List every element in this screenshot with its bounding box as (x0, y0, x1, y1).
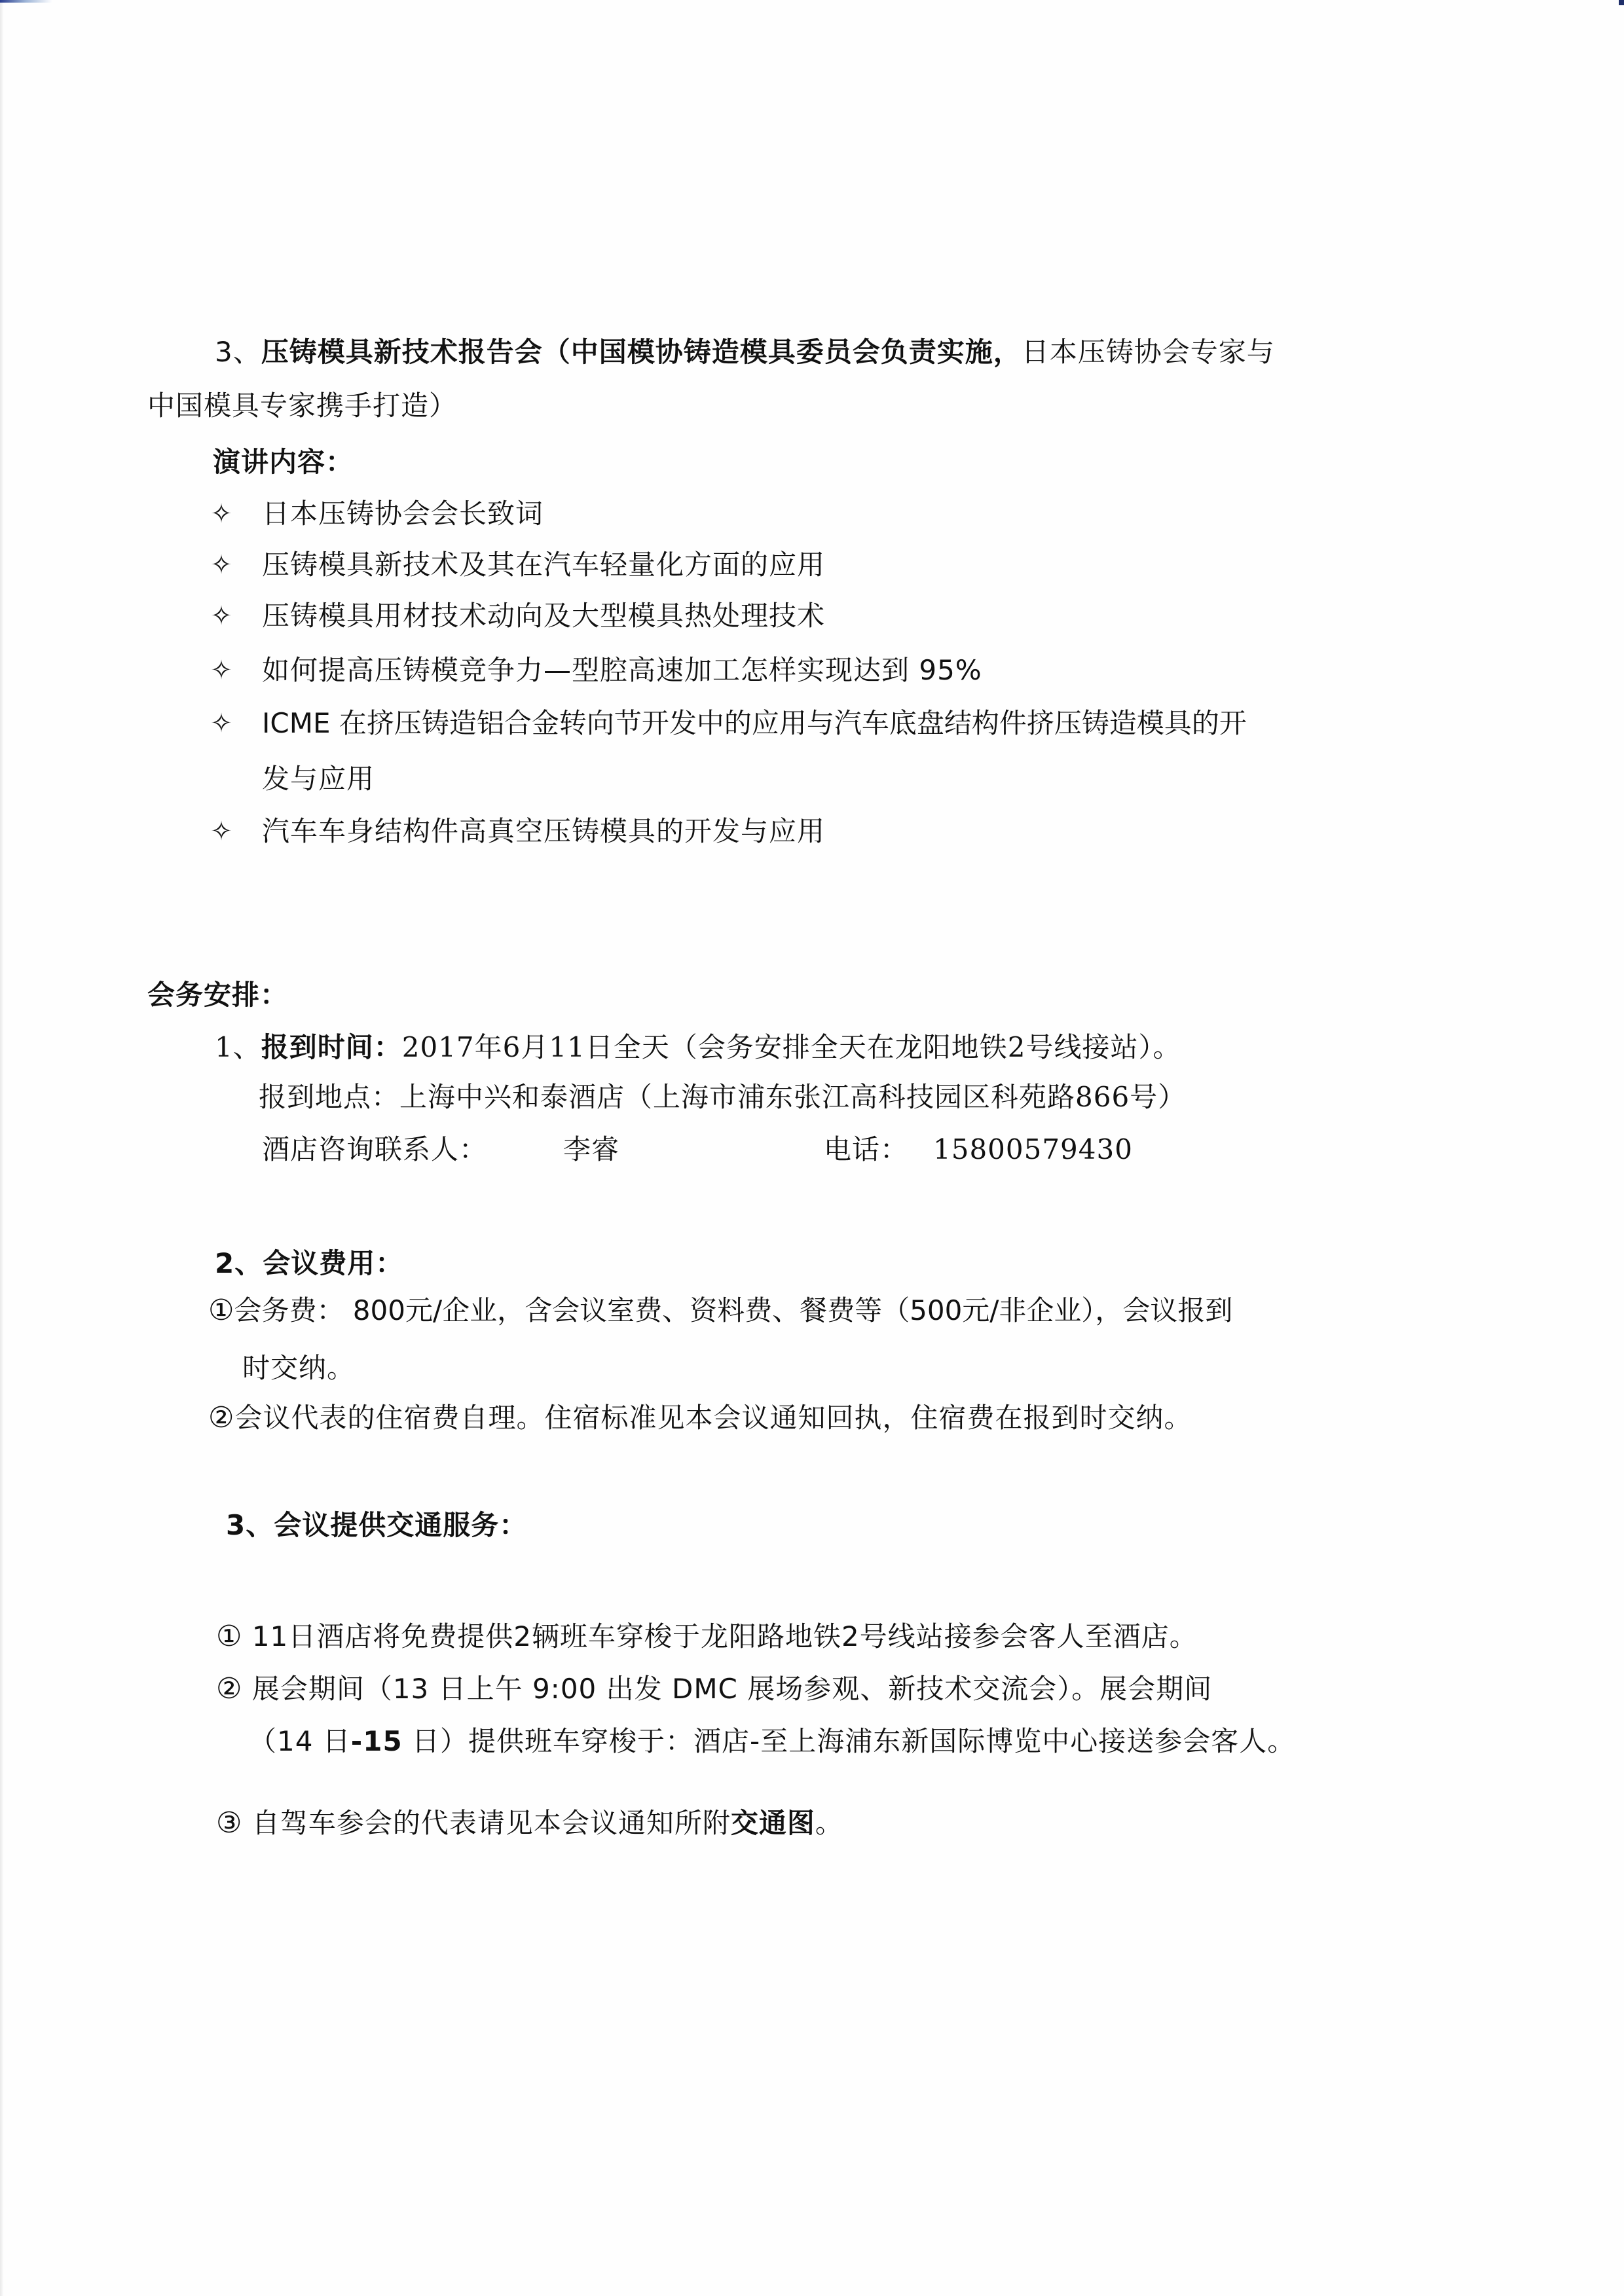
section-heading-line2: 中国模具专家携手打造） (147, 388, 457, 424)
list-item-continuation: 发与应用 (262, 761, 375, 797)
registration-place-label: 报到地点： (259, 1081, 399, 1113)
circled-number-2-icon: ② (216, 1672, 242, 1705)
list-item-text: 压铸模具新技术及其在汽车轻量化方面的应用 (262, 547, 825, 583)
phone-number: 15800579430 (933, 1131, 1133, 1168)
transport-item-3-text: 自驾车参会的代表请见本会议通知所附 (252, 1807, 731, 1839)
section-title: 压铸模具新技术报告会（ (261, 336, 571, 368)
diamond-bullet-icon: ✧ (208, 652, 234, 689)
contact-label: 酒店咨询联系人： (262, 1131, 487, 1168)
transport-item-2-text: 展会期间（13 日上午 9:00 出发 DMC 展场参观、新技术交流会）。展会期… (252, 1673, 1212, 1705)
section-heading: 3、压铸模具新技术报告会（中国模协铸造模具委员会负责实施，日本压铸协会专家与 (215, 334, 1275, 371)
diamond-bullet-icon: ✧ (208, 813, 234, 850)
list-item-text: 压铸模具用材技术动向及大型模具热处理技术 (262, 598, 825, 634)
fee-item-1-text: 会务费： 800元/企业，含会议室费、资料费、餐费等（500元/非企业），会议报… (234, 1294, 1232, 1326)
fees-heading: 2、会议费用： (215, 1245, 403, 1282)
transport-item-1: ① 11日酒店将免费提供2辆班车穿梭于龙阳路地铁2号线站接参会客人至酒店。 (216, 1618, 1198, 1655)
list-item-text: 如何提高压铸模竞争力—型腔高速加工怎样实现达到 95% (262, 652, 982, 689)
diamond-bullet-icon: ✧ (208, 705, 234, 742)
contact-name: 李睿 (563, 1131, 619, 1168)
shuttle-text: 日）提供班车穿梭于：酒店-至上海浦东新国际博览中心接送参会客人。 (403, 1725, 1296, 1757)
transport-item-1-text: 11日酒店将免费提供2辆班车穿梭于龙阳路地铁2号线站接参会客人至酒店。 (252, 1620, 1198, 1652)
registration-place: 报到地点：上海中兴和泰酒店（上海市浦东张江高科技园区科苑路866号） (259, 1079, 1186, 1116)
fee-item-1-continuation: 时交纳。 (242, 1350, 355, 1387)
heading-continuation: 日本压铸协会专家与 (1022, 336, 1275, 368)
transport-item-3: ③ 自驾车参会的代表请见本会议通知所附交通图。 (216, 1805, 843, 1842)
period: 。 (815, 1807, 843, 1839)
transport-heading: 3、会议提供交通服务： (226, 1507, 527, 1544)
document-page: 3、压铸模具新技术报告会（中国模协铸造模具委员会负责实施，日本压铸协会专家与 中… (0, 0, 1624, 2296)
registration-place-value: 上海中兴和泰酒店（上海市浦东张江高科技园区科苑路866号） (399, 1081, 1186, 1113)
list-item-text: 日本压铸协会会长致词 (262, 496, 544, 532)
transport-item-2-continuation: （14 日-15 日）提供班车穿梭于：酒店-至上海浦东新国际博览中心接送参会客人… (249, 1723, 1295, 1760)
list-item-text: ICME 在挤压铸造铝合金转向节开发中的应用与汽车底盘结构件挤压铸造模具的开 (262, 705, 1247, 742)
registration-time-label: 报到时间： (261, 1031, 402, 1063)
item-number: 1、 (215, 1031, 261, 1063)
section-number: 3、 (215, 336, 261, 368)
affairs-label: 会务安排： (147, 977, 288, 1013)
diamond-bullet-icon: ✧ (208, 547, 234, 583)
speech-label: 演讲内容： (213, 444, 354, 481)
traffic-map-reference: 交通图 (731, 1807, 815, 1839)
fee-item-2-text: 会议代表的住宿费自理。住宿标准见本会议通知回执，住宿费在报到时交纳。 (234, 1402, 1192, 1434)
scan-artifact (0, 0, 52, 3)
circled-number-3-icon: ③ (216, 1806, 242, 1840)
diamond-bullet-icon: ✧ (208, 598, 234, 634)
circled-number-2-icon: ② (208, 1401, 234, 1434)
date-range-start: （14 日 (249, 1725, 351, 1757)
registration-time: 1、报到时间：2017年6月11日全天（会务安排全天在龙阳地铁2号线接站）。 (215, 1029, 1181, 1066)
date-range-end: -15 (351, 1725, 403, 1757)
scan-artifact (1619, 0, 1624, 5)
diamond-bullet-icon: ✧ (208, 496, 234, 532)
phone-label: 电话： (824, 1131, 908, 1168)
registration-time-value: 2017年6月11日全天（会务安排全天在龙阳地铁2号线接站）。 (402, 1031, 1181, 1063)
organizer-text: 中国模协铸造模具委员会负责实施， (571, 336, 1022, 368)
circled-number-1-icon: ① (216, 1620, 242, 1653)
scan-edge (0, 0, 4, 2296)
list-item-text: 汽车车身结构件高真空压铸模具的开发与应用 (262, 813, 825, 850)
transport-item-2: ② 展会期间（13 日上午 9:00 出发 DMC 展场参观、新技术交流会）。展… (216, 1671, 1212, 1707)
circled-number-1-icon: ① (208, 1294, 234, 1327)
fee-item-1: ①会务费： 800元/企业，含会议室费、资料费、餐费等（500元/非企业），会议… (208, 1292, 1232, 1329)
fee-item-2: ②会议代表的住宿费自理。住宿标准见本会议通知回执，住宿费在报到时交纳。 (208, 1400, 1192, 1436)
